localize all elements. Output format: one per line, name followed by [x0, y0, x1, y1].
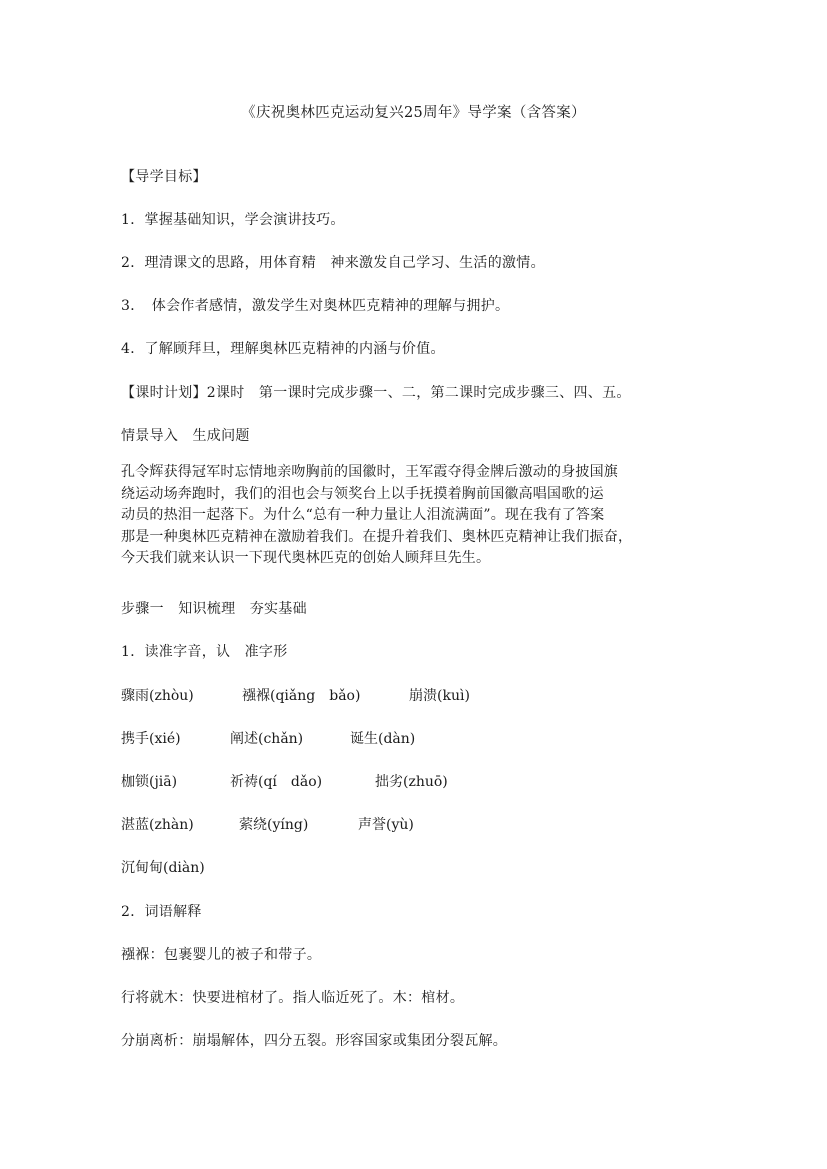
objective-item-4: 4．了解顾拜旦，理解奥林匹克精神的内涵与价值。	[121, 340, 445, 358]
objective-item-2: 2．理清课文的思路，用体育精 神来激发自己学习、生活的激情。	[121, 254, 545, 272]
pronunciation-entry: 沉甸甸(diàn)	[121, 859, 205, 877]
pronunciation-entry: 崩溃(kuì)	[409, 687, 470, 705]
pronunciation-entry: 骤雨(zhòu)	[121, 687, 194, 705]
pronunciation-entry: 声誉(yù)	[358, 816, 414, 834]
intro-line-5: 今天我们就来认识一下现代奥林匹克的创始人顾拜旦先生。	[121, 548, 711, 570]
pronunciation-entry: 萦绕(yíng)	[239, 816, 308, 834]
intro-paragraph: 孔令辉获得冠军时忘情地亲吻胸前的国徽时，王军霞夺得金牌后激动的身披国旗 绕运动场…	[121, 462, 711, 570]
pronunciation-entry: 阐述(chǎn)	[230, 730, 303, 748]
lesson-schedule: 【课时计划】2课时 第一课时完成步骤一、二，第二课时完成步骤三、四、五。	[121, 384, 631, 402]
pronunciation-entry: 诞生(dàn)	[350, 730, 415, 748]
pronunciation-entry: 枷锁(jiā)	[121, 773, 177, 791]
objectives-heading: 【导学目标】	[121, 168, 207, 186]
vocabulary-item-2: 行将就木：快要进棺材了。指人临近死了。木：棺材。	[121, 989, 464, 1007]
pronunciation-heading: 1．读准字音，认 准字形	[121, 643, 288, 661]
intro-line-2: 绕运动场奔跑时，我们的泪也会与领奖台上以手抚摸着胸前国徽高唱国歌的运	[121, 484, 711, 506]
intro-line-4: 那是一种奥林匹克精神在激励着我们。在提升着我们、奥林匹克精神让我们振奋，	[121, 527, 711, 549]
pronunciation-entry: 携手(xié)	[121, 730, 181, 748]
vocabulary-heading: 2．词语解释	[121, 903, 202, 921]
step1-heading: 步骤一 知识梳理 夯实基础	[121, 600, 307, 618]
vocabulary-item-1: 襁褓：包裹婴儿的被子和带子。	[121, 946, 321, 964]
pronunciation-entry: 襁褓(qiǎng bǎo)	[242, 687, 360, 705]
intro-heading: 情景导入 生成问题	[121, 427, 250, 445]
intro-line-1: 孔令辉获得冠军时忘情地亲吻胸前的国徽时，王军霞夺得金牌后激动的身披国旗	[121, 462, 711, 484]
pronunciation-entry: 湛蓝(zhàn)	[121, 816, 194, 834]
document-title: 《庆祝奥林匹克运动复兴25周年》导学案（含答案）	[0, 103, 827, 123]
document-page: 《庆祝奥林匹克运动复兴25周年》导学案（含答案） 【导学目标】 1．掌握基础知识…	[0, 0, 827, 1169]
vocabulary-item-3: 分崩离析：崩塌解体，四分五裂。形容国家或集团分裂瓦解。	[121, 1032, 507, 1050]
objective-item-3: 3． 体会作者感情，激发学生对奥林匹克精神的理解与拥护。	[121, 297, 509, 315]
objective-item-1: 1．掌握基础知识，学会演讲技巧。	[121, 211, 345, 229]
pronunciation-entry: 拙劣(zhuō)	[375, 773, 448, 791]
pronunciation-entry: 祈祷(qí dǎo)	[230, 773, 322, 791]
intro-line-3: 动员的热泪一起落下。为什么“总有一种力量让人泪流满面”。现在我有了答案	[121, 505, 711, 527]
